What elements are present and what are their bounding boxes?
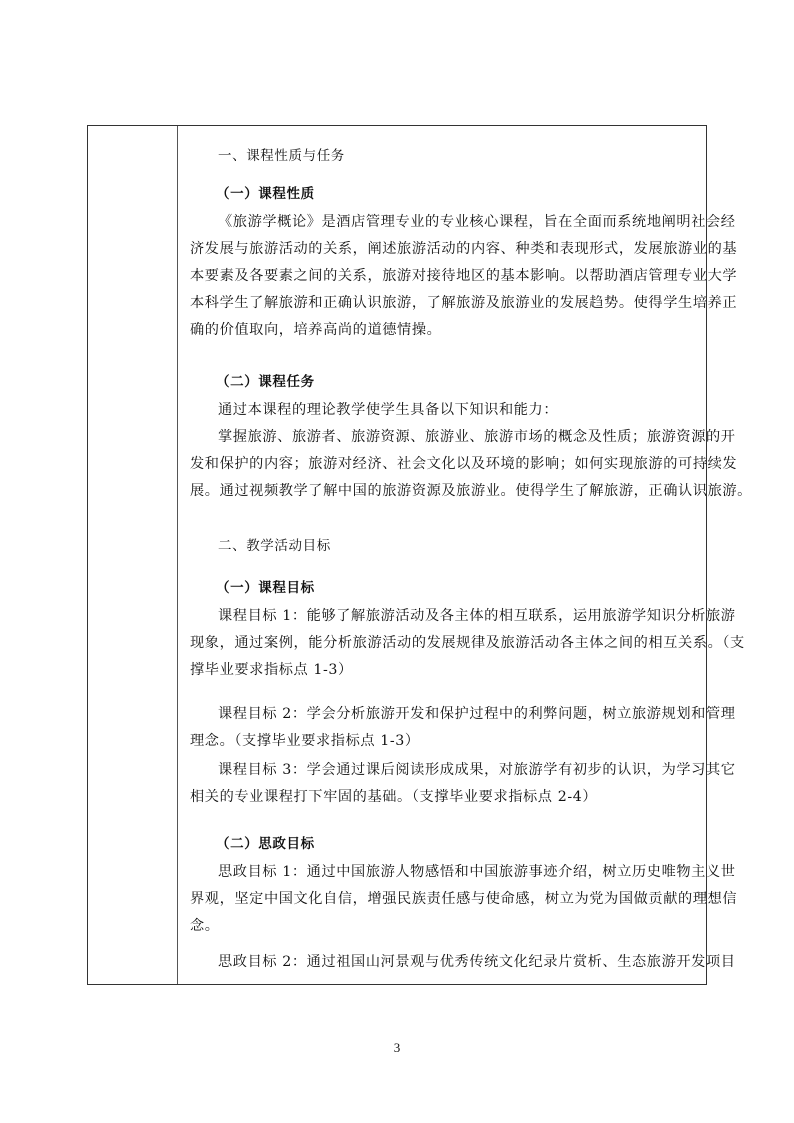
paragraph-line: 本科学生了解旅游和正确认识旅游，了解旅游及旅游业的发展趋势。使得学生培养正 [190, 293, 698, 313]
paragraph-line: 课程目标 3：学会通过课后阅读形成成果，对旅游学有初步的认识，为学习其它 [218, 760, 698, 780]
paragraph-line: 理念。（支撑毕业要求指标点 1-3） [190, 731, 698, 751]
paragraph-line: 本要素及各要素之间的关系，旅游对接待地区的基本影响。以帮助酒店管理专业大学 [190, 266, 698, 286]
subsection-heading: （二）课程任务 [216, 372, 698, 392]
subsection-heading: （一）课程性质 [216, 184, 698, 204]
subsection-heading: （一）课程目标 [216, 578, 698, 598]
section-heading: 一、课程性质与任务 [218, 146, 698, 166]
table-right-cell: 一、课程性质与任务 （一）课程性质 《旅游学概论》是酒店管理专业的专业核心课程，… [178, 126, 706, 984]
paragraph-line: 思政目标 1：通过中国旅游人物感悟和中国旅游事迹介绍，树立历史唯物主义世 [218, 862, 698, 882]
paragraph-line: 现象，通过案例，能分析旅游活动的发展规律及旅游活动各主体之间的相互关系。（支 [190, 633, 698, 653]
page-number: 3 [0, 1040, 794, 1056]
paragraph-line: 思政目标 2：通过祖国山河景观与优秀传统文化纪录片赏析、生态旅游开发项目 [218, 952, 698, 972]
table-left-cell [88, 126, 178, 984]
paragraph-line: 《旅游学概论》是酒店管理专业的专业核心课程，旨在全面而系统地阐明社会经 [218, 212, 698, 232]
paragraph-line: 确的价值取向，培养高尚的道德情操。 [190, 320, 698, 340]
paragraph-line: 发和保护的内容；旅游对经济、社会文化以及环境的影响；如何实现旅游的可持续发 [190, 454, 698, 474]
paragraph-line: 济发展与旅游活动的关系，阐述旅游活动的内容、种类和表现形式，发展旅游业的基 [190, 239, 698, 259]
paragraph-line: 相关的专业课程打下牢固的基础。（支撑毕业要求指标点 2-4） [190, 787, 698, 807]
paragraph-line: 课程目标 1：能够了解旅游活动及各主体的相互联系，运用旅游学知识分析旅游 [218, 606, 698, 626]
paragraph-line: 展。通过视频教学了解中国的旅游资源及旅游业。使得学生了解旅游，正确认识旅游。 [190, 481, 698, 501]
paragraph-line: 撑毕业要求指标点 1-3） [190, 660, 698, 680]
subsection-heading: （二）思政目标 [216, 834, 698, 854]
paragraph-line: 通过本课程的理论教学使学生具备以下知识和能力： [218, 400, 698, 420]
paragraph-line: 掌握旅游、旅游者、旅游资源、旅游业、旅游市场的概念及性质；旅游资源的开 [218, 427, 698, 447]
section-heading: 二、教学活动目标 [218, 536, 698, 556]
content-table: 一、课程性质与任务 （一）课程性质 《旅游学概论》是酒店管理专业的专业核心课程，… [87, 125, 707, 985]
paragraph-line: 课程目标 2：学会分析旅游开发和保护过程中的利弊问题，树立旅游规划和管理 [218, 704, 698, 724]
paragraph-line: 界观，坚定中国文化自信，增强民族责任感与使命感，树立为党为国做贡献的理想信 [190, 889, 698, 909]
paragraph-line: 念。 [190, 916, 698, 936]
